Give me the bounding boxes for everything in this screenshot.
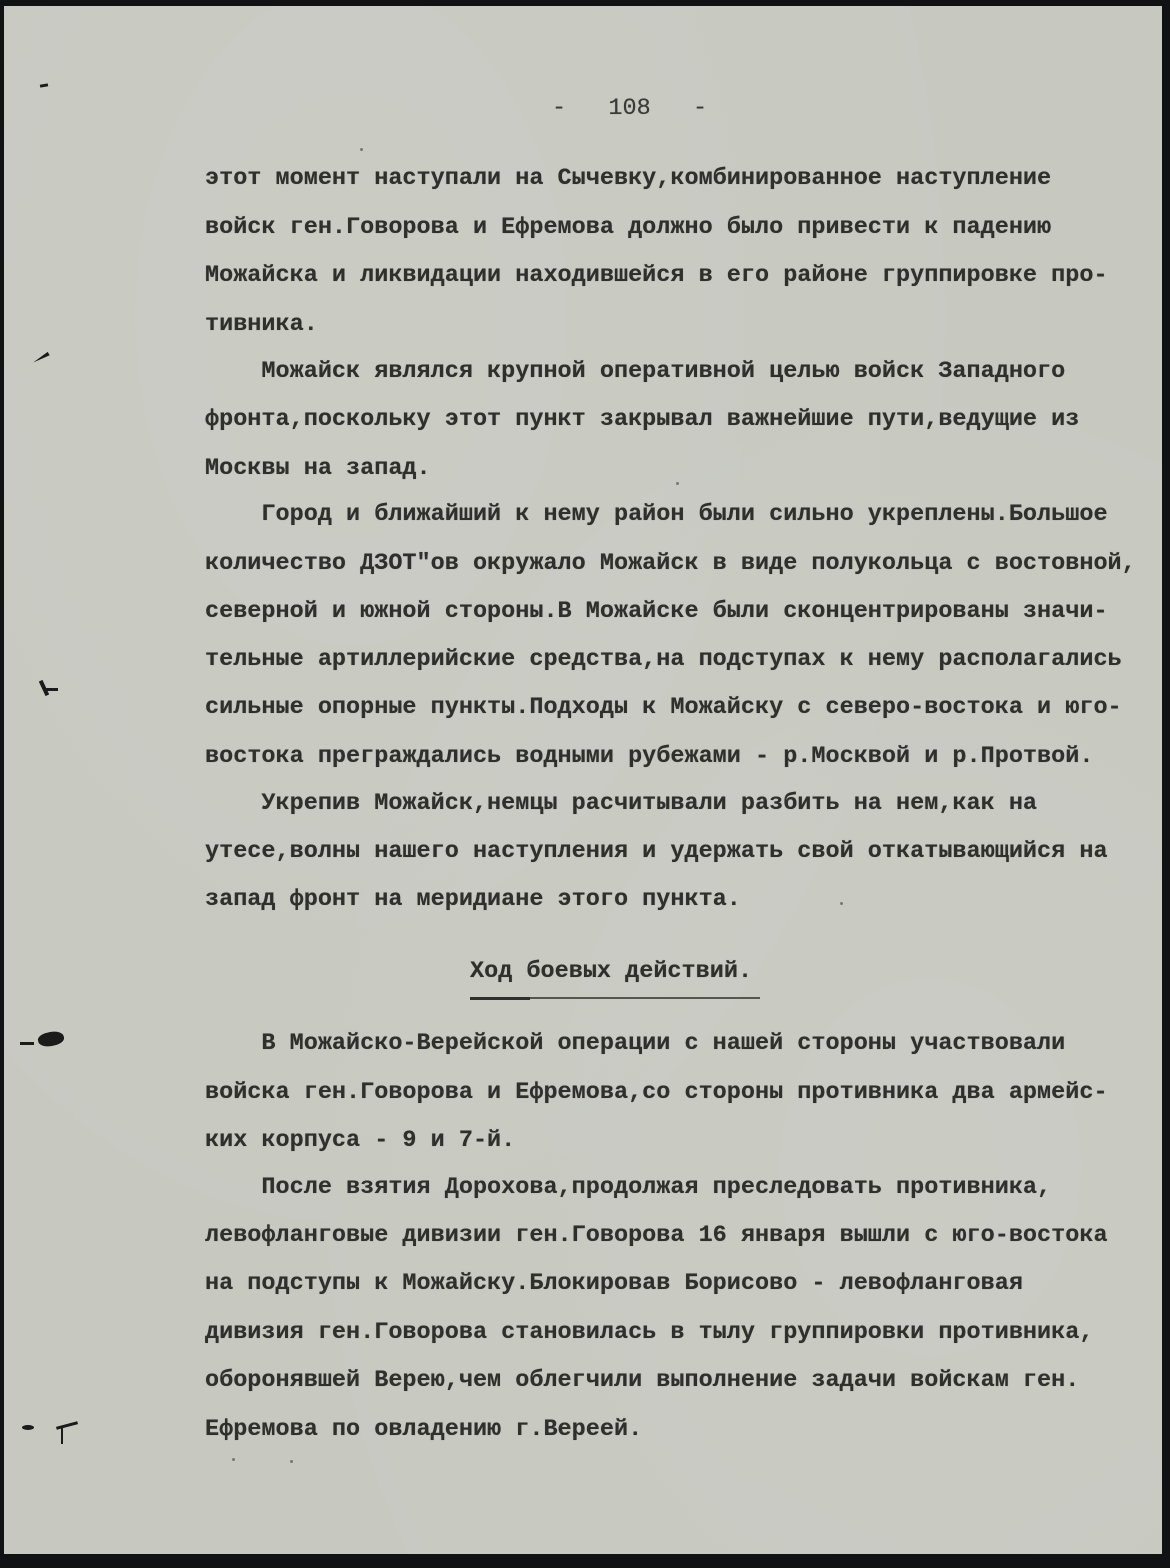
punch-hole-mark (32, 352, 50, 364)
text-line: войска ген.Говорова и Ефремова,со сторон… (205, 1081, 1108, 1105)
text-line: на подступы к Можайску.Блокировав Борисо… (205, 1272, 1023, 1296)
text-line: сильные опорные пункты.Подходы к Можайск… (205, 696, 1122, 720)
text-line: Укрепив Можайск,немцы расчитывали разбит… (205, 792, 1037, 816)
text-line: Москвы на запад. (205, 457, 431, 481)
text-line: В Можайско-Верейской операции с нашей ст… (205, 1032, 1065, 1056)
text-line: северной и южной стороны.В Можайске были… (205, 600, 1108, 624)
punch-hole-mark (61, 1428, 63, 1444)
text-line: войск ген.Говорова и Ефремова должно был… (205, 216, 1051, 240)
text-line: Город и ближайший к нему район были силь… (205, 503, 1108, 527)
paper-speck (840, 902, 843, 905)
text-line: количество ДЗОТ"ов окружало Можайск в ви… (205, 552, 1136, 576)
text-line: ких корпуса - 9 и 7-й. (205, 1129, 515, 1153)
paper-speck (290, 1460, 293, 1463)
punch-hole-mark (40, 83, 48, 87)
punch-hole-mark (44, 688, 58, 691)
text-line: тельные артиллерийские средства,на подст… (205, 648, 1122, 672)
text-line: утесе,волны нашего наступления и удержат… (205, 840, 1108, 864)
paper-speck (360, 148, 363, 151)
text-line: востока преграждались водными рубежами -… (205, 745, 1093, 769)
text-line: Можайск являлся крупной оперативной цель… (205, 360, 1065, 384)
text-line: Можайска и ликвидации находившейся в его… (205, 264, 1108, 288)
text-line: фронта,поскольку этот пункт закрывал важ… (205, 408, 1079, 432)
text-line: запад фронт на меридиане этого пункта. (205, 888, 741, 912)
punch-hole-mark (37, 1029, 65, 1048)
punch-hole-mark (56, 1421, 78, 1430)
text-line: После взятия Дорохова,продолжая преследо… (205, 1176, 1051, 1200)
text-line: Ефремова по овладению г.Вереей. (205, 1418, 642, 1442)
section-heading: Ход боевых действий. (470, 960, 752, 984)
paper-speck (676, 482, 679, 485)
page-number: - 108 - (552, 97, 707, 121)
paper-speck (232, 1458, 235, 1461)
punch-hole-mark (22, 1425, 34, 1430)
text-line: левофланговые дивизии ген.Говорова 16 ян… (205, 1224, 1108, 1248)
text-line: оборонявшей Верею,чем облегчили выполнен… (205, 1369, 1079, 1393)
text-line: этот момент наступали на Сычевку,комбини… (205, 167, 1051, 191)
punch-hole-mark (20, 1042, 34, 1045)
text-line: тивника. (205, 313, 318, 337)
heading-underline (470, 997, 760, 999)
text-line: дивизия ген.Говорова становилась в тылу … (205, 1321, 1093, 1345)
document-page: - 108 - этот момент наступали на Сычевку… (4, 6, 1162, 1554)
